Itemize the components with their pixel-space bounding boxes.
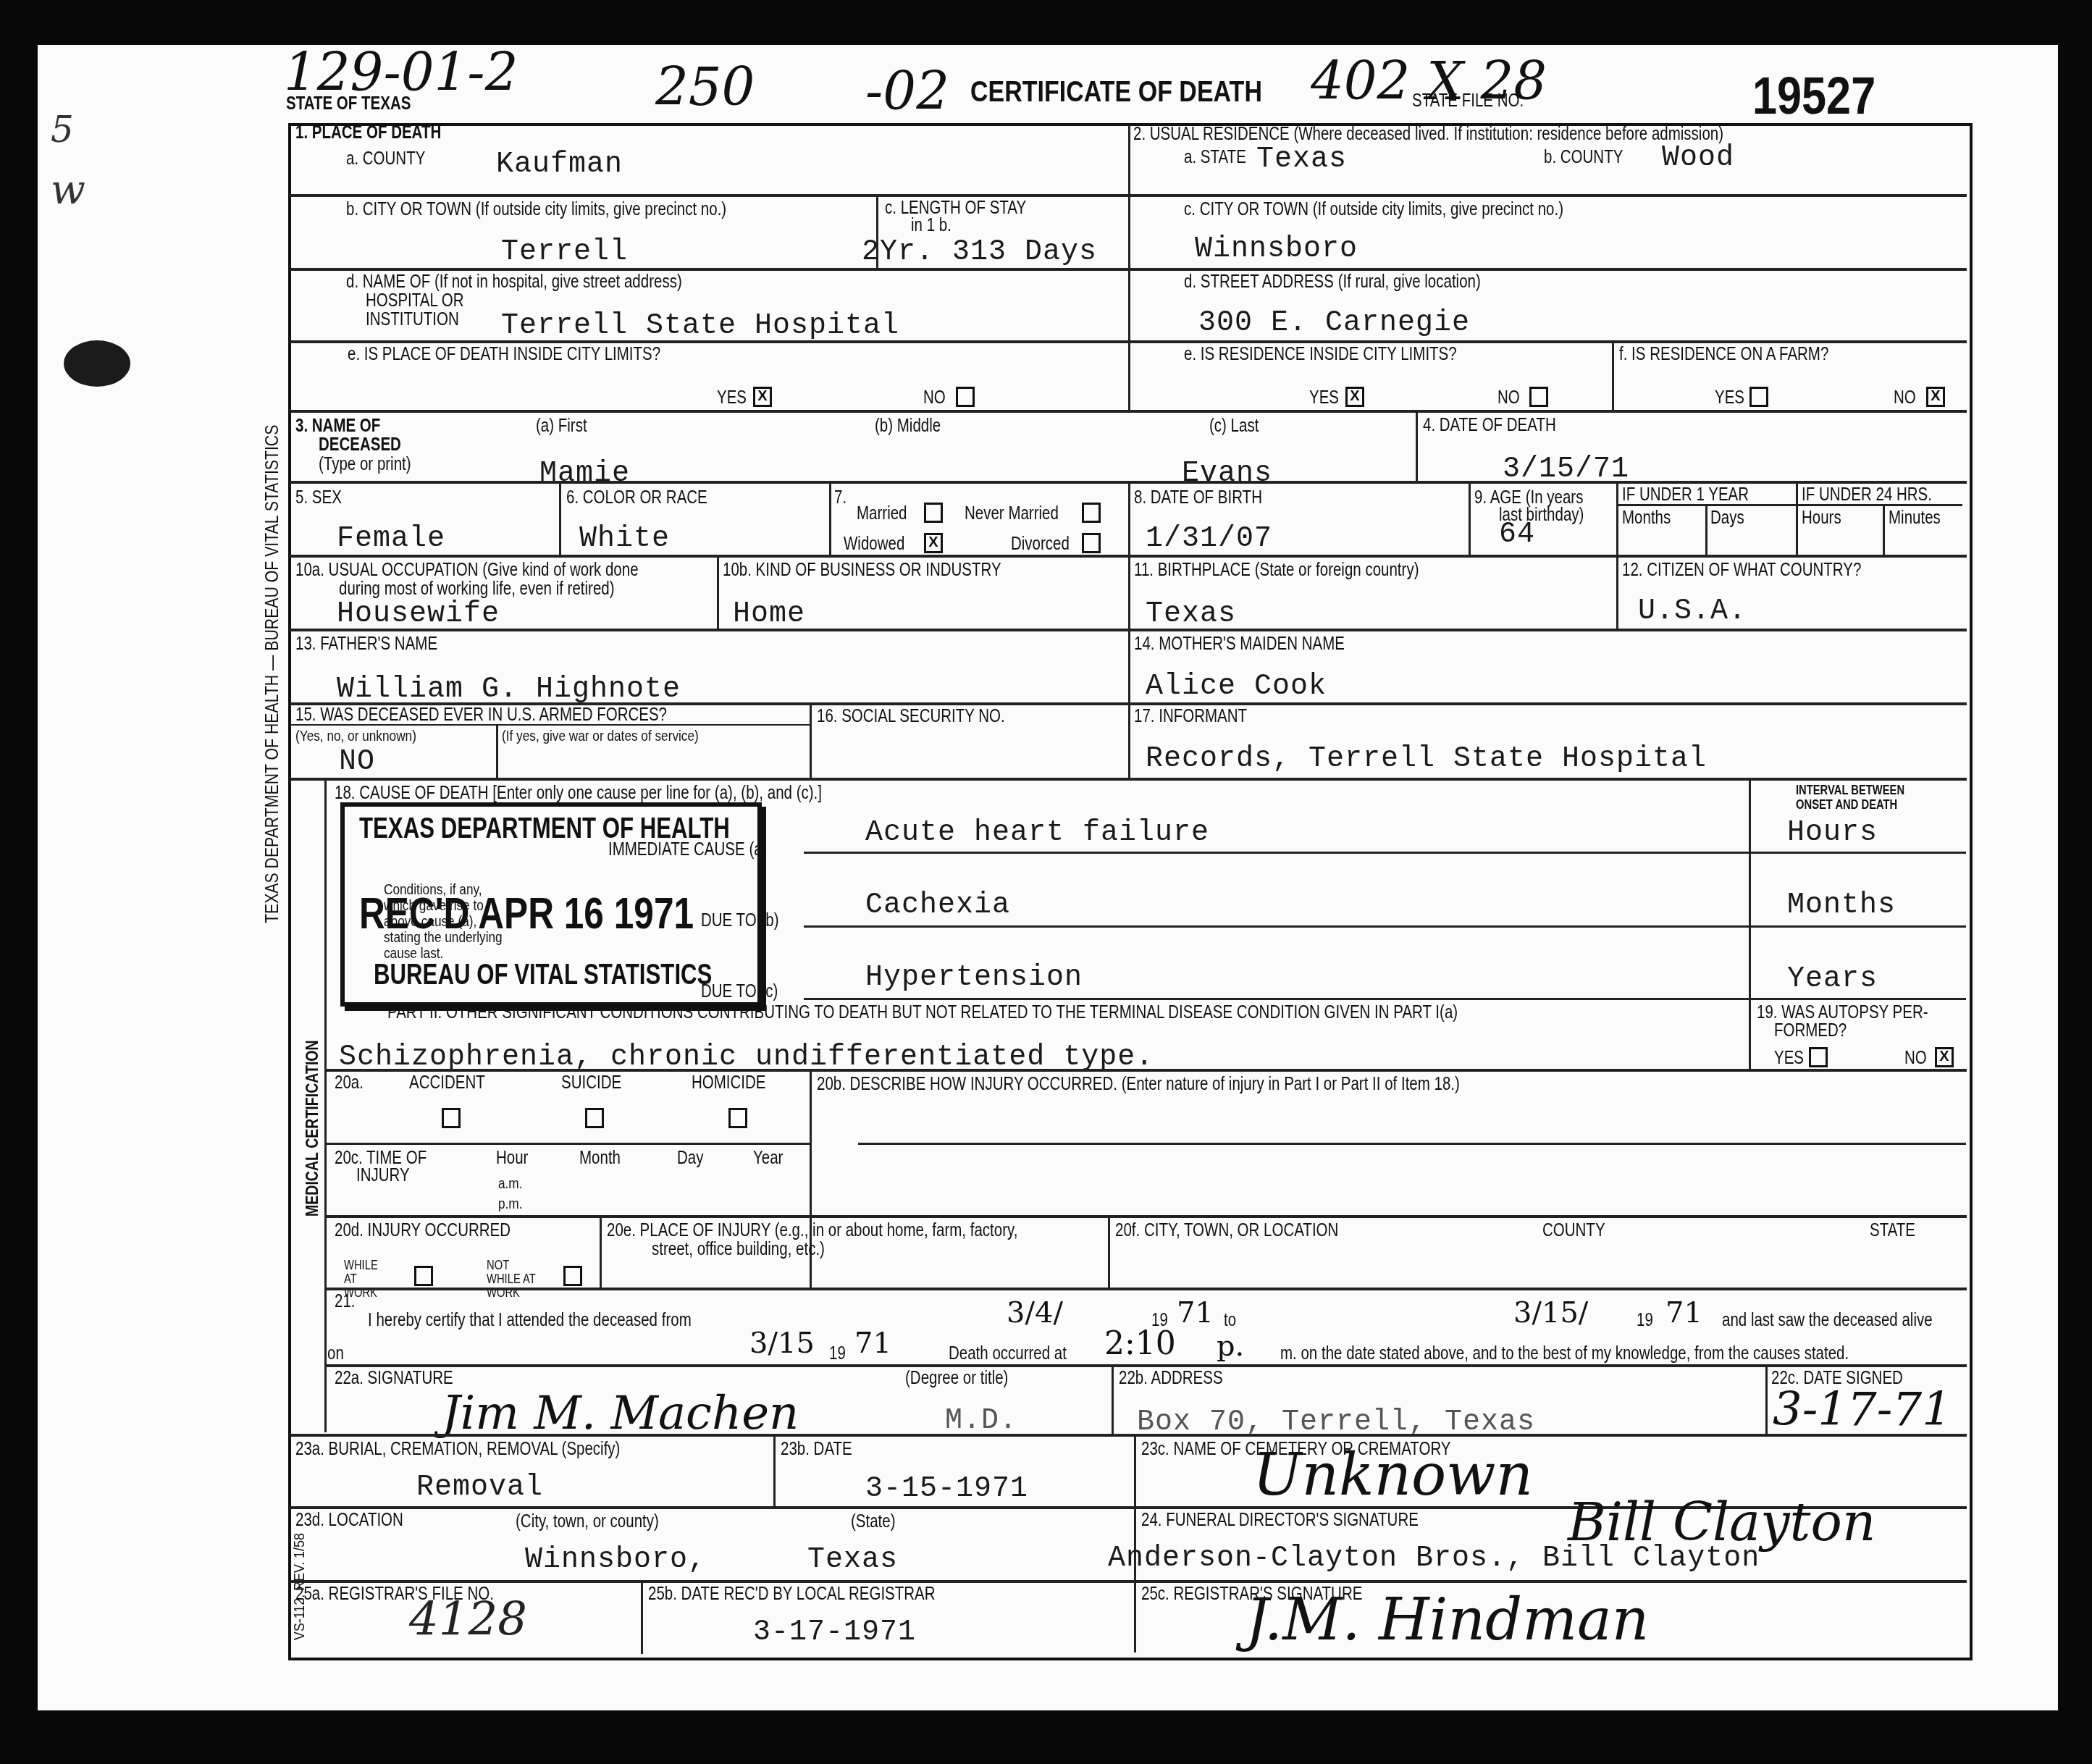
field-label: IF UNDER 24 HRS.	[1802, 485, 1932, 504]
divider	[326, 1364, 1967, 1367]
handwritten-code: 250	[655, 56, 755, 117]
field-label: Hours	[1802, 508, 1841, 527]
field-label: and last saw the deceased alive	[1722, 1311, 1933, 1330]
divider	[600, 1217, 602, 1289]
field-label: IF UNDER 1 YEAR	[1622, 485, 1749, 504]
date-of-birth-value: 1/31/07	[1146, 523, 1272, 555]
registrar-signature: J.M. Hindman	[1245, 1586, 1649, 1653]
divider	[290, 410, 1967, 413]
first-name-value: Mamie	[539, 458, 630, 490]
death-inside-city-yes-checkbox[interactable]: X	[753, 387, 772, 407]
field-label: SUICIDE	[561, 1073, 621, 1092]
informant-value: Records, Terrell State Hospital	[1146, 743, 1707, 776]
field-label: NO	[1497, 388, 1520, 407]
farm-no-checkbox[interactable]: X	[1926, 387, 1945, 407]
interval-a-value: Hours	[1787, 817, 1878, 849]
divider	[1616, 556, 1618, 630]
suicide-checkbox[interactable]	[585, 1108, 604, 1128]
field-label: COUNTY	[1542, 1221, 1605, 1240]
divider	[1616, 482, 1618, 556]
divider	[290, 1434, 1967, 1437]
residence-state-value: Texas	[1256, 143, 1347, 176]
death-inside-city-no-checkbox[interactable]	[956, 387, 975, 407]
field-label: Minutes	[1889, 508, 1941, 527]
field-label: INTERVAL BETWEEN	[1796, 784, 1904, 797]
cause-b-value: Cachexia	[865, 889, 1010, 922]
field-label: d. STREET ADDRESS (If rural, give locati…	[1184, 272, 1481, 291]
divider	[773, 1435, 776, 1508]
stamp-received-date: REC'D APR 16 1971	[359, 888, 694, 939]
date-signed-value: 3-17-71	[1773, 1383, 1952, 1437]
attended-to-year-value: 71	[1665, 1296, 1702, 1330]
field-label: 5. SEX	[295, 488, 342, 507]
margin-note: w	[51, 167, 85, 214]
divider	[290, 194, 1967, 197]
divider	[290, 268, 1967, 271]
field-label: to	[1224, 1311, 1236, 1330]
autopsy-no-checkbox[interactable]: X	[1935, 1047, 1954, 1067]
field-label: Month	[579, 1148, 621, 1167]
mother-name-value: Alice Cook	[1146, 671, 1327, 703]
divider	[1705, 505, 1707, 556]
field-label: (a) First	[536, 416, 587, 435]
divider	[290, 340, 1967, 343]
field-label: (Type or print)	[319, 455, 411, 474]
last-name-value: Evans	[1182, 458, 1272, 490]
divider	[810, 704, 812, 779]
field-label: 2. USUAL RESIDENCE (Where deceased lived…	[1133, 125, 1723, 143]
field-label: 20e. PLACE OF INJURY (e.g., in or about …	[607, 1221, 1017, 1240]
field-label: HOMICIDE	[692, 1073, 766, 1092]
field-label: during most of working life, even if ret…	[339, 579, 615, 598]
accident-checkbox[interactable]	[442, 1108, 461, 1128]
divider	[1765, 1366, 1768, 1435]
divider	[1612, 342, 1614, 411]
occupation-value: Housewife	[337, 598, 500, 631]
homicide-checkbox[interactable]	[728, 1108, 747, 1128]
residence-inside-city-yes-checkbox[interactable]: X	[1345, 387, 1364, 407]
field-label: YES	[717, 388, 747, 407]
field-label: street, office building, etc.)	[652, 1240, 825, 1259]
divider	[1112, 1366, 1114, 1435]
interval-c-value: Years	[1787, 963, 1878, 996]
divider	[1749, 998, 1966, 1000]
field-label: STATE	[1870, 1221, 1915, 1240]
divider	[1883, 505, 1885, 556]
department-side-label: TEXAS DEPARTMENT OF HEALTH — BUREAU OF V…	[262, 425, 283, 923]
attended-from-year-value: 71	[1177, 1296, 1214, 1330]
field-label: (Yes, no, or unknown)	[295, 728, 416, 744]
field-label: 13. FATHER'S NAME	[295, 634, 437, 653]
divider	[1108, 1217, 1110, 1289]
stamp-line-1: TEXAS DEPARTMENT OF HEALTH	[359, 812, 730, 845]
field-label: I hereby certify that I attended the dec…	[368, 1311, 692, 1330]
margin-note: 5	[51, 109, 74, 151]
field-label: c. CITY OR TOWN (If outside city limits,…	[1184, 200, 1563, 219]
field-label: 20a.	[335, 1073, 364, 1092]
field-label: 6. COLOR OR RACE	[566, 488, 707, 507]
age-value: 64	[1499, 518, 1535, 551]
divider	[1128, 704, 1130, 779]
field-label: 23a. BURIAL, CREMATION, REMOVAL (Specify…	[295, 1440, 620, 1458]
field-label: 7.	[834, 488, 847, 507]
farm-yes-checkbox[interactable]	[1749, 387, 1768, 407]
state-file-no-label: STATE FILE NO.	[1412, 91, 1524, 110]
industry-value: Home	[733, 598, 805, 631]
birthplace-value: Texas	[1146, 598, 1236, 631]
field-label: 20d. INJURY OCCURRED	[335, 1221, 511, 1240]
divider	[1796, 482, 1798, 556]
divider	[326, 1215, 1967, 1218]
handwritten-code: -02	[865, 61, 949, 122]
while-at-work-checkbox[interactable]	[414, 1266, 433, 1286]
field-label: 20b. DESCRIBE HOW INJURY OCCURRED. (Ente…	[817, 1075, 1460, 1093]
field-label: b. COUNTY	[1544, 148, 1623, 167]
field-label: b. CITY OR TOWN (If outside city limits,…	[346, 200, 726, 219]
field-label: 25b. DATE REC'D BY LOCAL REGISTRAR	[648, 1584, 936, 1603]
divider	[1128, 482, 1130, 556]
field-label: (b) Middle	[875, 416, 941, 435]
hospital-value: Terrell State Hospital	[501, 310, 899, 343]
field-label: e. IS RESIDENCE INSIDE CITY LIMITS?	[1184, 345, 1457, 364]
never-married-checkbox[interactable]	[1082, 503, 1101, 523]
autopsy-yes-checkbox[interactable]	[1809, 1047, 1828, 1067]
cause-c-value: Hypertension	[865, 962, 1083, 994]
widowed-checkbox[interactable]: X	[924, 533, 943, 553]
divider	[829, 482, 831, 556]
field-label: e. IS PLACE OF DEATH INSIDE CITY LIMITS?	[348, 345, 660, 364]
location-city-value: Winnsboro,	[525, 1544, 706, 1576]
am-pm-value: p.	[1217, 1330, 1244, 1363]
field-label: 4. DATE OF DEATH	[1423, 416, 1556, 434]
not-while-at-work-checkbox[interactable]	[563, 1266, 582, 1286]
field-label: 18. CAUSE OF DEATH [Enter only one cause…	[335, 784, 822, 802]
divider	[326, 1288, 1967, 1290]
field-label: (State)	[851, 1512, 896, 1531]
field-label: 17. INFORMANT	[1134, 707, 1247, 726]
divider	[1416, 411, 1418, 482]
last-seen-value: 3/15	[749, 1327, 815, 1360]
residence-city-value: Winnsboro	[1195, 233, 1358, 266]
disposition-date-value: 3-15-1971	[865, 1473, 1028, 1505]
location-state-value: Texas	[807, 1544, 898, 1576]
divider	[290, 1580, 1967, 1583]
field-label: 15. WAS DECEASED EVER IN U.S. ARMED FORC…	[295, 705, 667, 724]
attended-to-value: 3/15/	[1513, 1296, 1588, 1330]
field-label: d. NAME OF (If not in hospital, give str…	[346, 272, 682, 291]
field-label: (If yes, give war or dates of service)	[502, 728, 699, 744]
field-label: 3. NAME OF	[295, 416, 380, 435]
field-label: NO	[923, 388, 946, 407]
field-label: a. COUNTY	[346, 149, 425, 168]
interval-b-value: Months	[1787, 889, 1896, 922]
field-label: on	[327, 1344, 344, 1363]
field-label: NO	[1894, 388, 1916, 407]
certificate-number: 19527	[1752, 67, 1875, 126]
field-label: NOT WHILE AT WORK	[487, 1259, 540, 1300]
divider	[804, 998, 1749, 1000]
field-label: Widowed	[844, 534, 904, 553]
race-value: White	[579, 523, 670, 555]
father-name-value: William G. Highnote	[337, 673, 681, 706]
degree-value: M.D.	[945, 1405, 1017, 1437]
street-address-value: 300 E. Carnegie	[1198, 307, 1470, 340]
field-label: 1. PLACE OF DEATH	[295, 123, 441, 142]
residence-county-value: Wood	[1662, 142, 1734, 175]
date-received-value: 3-17-1971	[753, 1616, 916, 1649]
field-label: 19	[829, 1344, 846, 1363]
disposition-value: Removal	[416, 1471, 543, 1504]
field-label: 19. WAS AUTOPSY PER-	[1757, 1003, 1928, 1022]
medical-divider	[324, 781, 327, 1432]
field-label: Days	[1710, 508, 1744, 527]
stamp-line-3: BUREAU OF VITAL STATISTICS	[374, 959, 712, 991]
length-of-stay-value: 2Yr. 313 Days	[862, 236, 1097, 269]
married-checkbox[interactable]	[924, 503, 943, 523]
field-label: 24. FUNERAL DIRECTOR'S SIGNATURE	[1141, 1511, 1419, 1529]
armed-forces-value: NO	[339, 746, 375, 778]
divorced-checkbox[interactable]	[1082, 533, 1101, 553]
field-label: Hour	[496, 1148, 528, 1167]
divider	[641, 1582, 643, 1654]
divider	[290, 724, 811, 726]
field-label: NO	[1904, 1049, 1927, 1067]
physician-signature: Jim M. Machen	[442, 1387, 799, 1440]
cemetery-value: Unknown	[1253, 1441, 1533, 1508]
death-county-value: Kaufman	[496, 148, 623, 181]
divider	[1749, 925, 1966, 928]
divider	[559, 482, 561, 556]
field-label: 22a. SIGNATURE	[335, 1369, 453, 1387]
field-label: (City, town, or county)	[516, 1512, 659, 1531]
field-label: 22b. ADDRESS	[1119, 1369, 1223, 1387]
field-label: c. LENGTH OF STAY	[885, 198, 1026, 217]
field-label: Married	[857, 504, 907, 523]
field-label: 11. BIRTHPLACE (State or foreign country…	[1134, 560, 1419, 579]
field-label: 23b. DATE	[781, 1440, 852, 1458]
divider	[1749, 852, 1966, 854]
field-label: in 1 b.	[911, 216, 952, 235]
state-label: STATE OF TEXAS	[286, 94, 411, 113]
document-title: CERTIFICATE OF DEATH	[970, 76, 1262, 109]
field-label: Death occurred at	[949, 1344, 1067, 1363]
divider	[804, 925, 1749, 928]
field-label: INSTITUTION	[366, 310, 459, 329]
field-label: 16. SOCIAL SECURITY NO.	[817, 707, 1005, 726]
divider	[326, 1143, 810, 1145]
sex-value: Female	[337, 523, 445, 555]
field-label: 19	[1637, 1311, 1653, 1330]
field-label: 10a. USUAL OCCUPATION (Give kind of work…	[295, 560, 639, 579]
attended-from-value: 3/4/	[1007, 1296, 1063, 1330]
field-label: Day	[677, 1148, 703, 1167]
field-label: Divorced	[1011, 534, 1070, 553]
divider	[290, 629, 1967, 631]
funeral-home-value: Anderson-Clayton Bros., Bill Clayton	[1108, 1542, 1760, 1575]
divider	[804, 852, 1749, 854]
death-city-value: Terrell	[501, 236, 628, 269]
field-label: a. STATE	[1184, 148, 1246, 167]
field-label: p.m.	[498, 1196, 522, 1212]
field-label: YES	[1774, 1049, 1804, 1067]
field-label: (Degree or title)	[905, 1369, 1008, 1387]
field-label: 20f. CITY, TOWN, OR LOCATION	[1115, 1221, 1338, 1240]
field-label: 10b. KIND OF BUSINESS OR INDUSTRY	[723, 560, 1001, 579]
field-label: 14. MOTHER'S MAIDEN NAME	[1134, 634, 1345, 653]
field-label: Months	[1622, 508, 1671, 527]
field-label: m. on the date stated above, and to the …	[1280, 1344, 1849, 1363]
field-label: ACCIDENT	[409, 1073, 485, 1092]
field-label: 23d. LOCATION	[295, 1511, 403, 1529]
field-label: DECEASED	[319, 435, 401, 454]
field-label: ONSET AND DEATH	[1796, 798, 1897, 812]
last-seen-year-value: 71	[854, 1327, 891, 1360]
field-label: f. IS RESIDENCE ON A FARM?	[1619, 345, 1828, 364]
field-label: FORMED?	[1774, 1021, 1847, 1040]
divider	[858, 1143, 1966, 1145]
divider	[1749, 779, 1751, 1069]
registrar-file-no-value: 4128	[409, 1593, 527, 1647]
received-stamp: TEXAS DEPARTMENT OF HEALTH REC'D APR 16 …	[340, 802, 762, 1007]
divider	[717, 556, 719, 630]
field-label: Year	[753, 1148, 783, 1167]
divider	[1469, 482, 1471, 556]
field-label: Never Married	[965, 504, 1059, 523]
field-label: a.m.	[498, 1176, 522, 1192]
field-label: INJURY	[356, 1166, 410, 1185]
residence-inside-city-no-checkbox[interactable]	[1529, 387, 1548, 407]
punch-hole	[64, 340, 130, 387]
field-label: 12. CITIZEN OF WHAT COUNTRY?	[1622, 560, 1861, 579]
divider	[290, 778, 1967, 781]
field-label: HOSPITAL OR	[366, 291, 464, 310]
time-of-death-value: 2:10	[1104, 1325, 1176, 1362]
field-label: 8. DATE OF BIRTH	[1134, 488, 1262, 507]
cause-a-value: Acute heart failure	[865, 817, 1209, 849]
field-label: (c) Last	[1209, 416, 1259, 435]
field-label: YES	[1715, 388, 1744, 407]
divider	[496, 726, 498, 779]
field-label: 21.	[335, 1292, 356, 1311]
citizen-value: U.S.A.	[1638, 595, 1747, 628]
field-label: YES	[1309, 388, 1339, 407]
divider	[326, 1069, 1967, 1072]
